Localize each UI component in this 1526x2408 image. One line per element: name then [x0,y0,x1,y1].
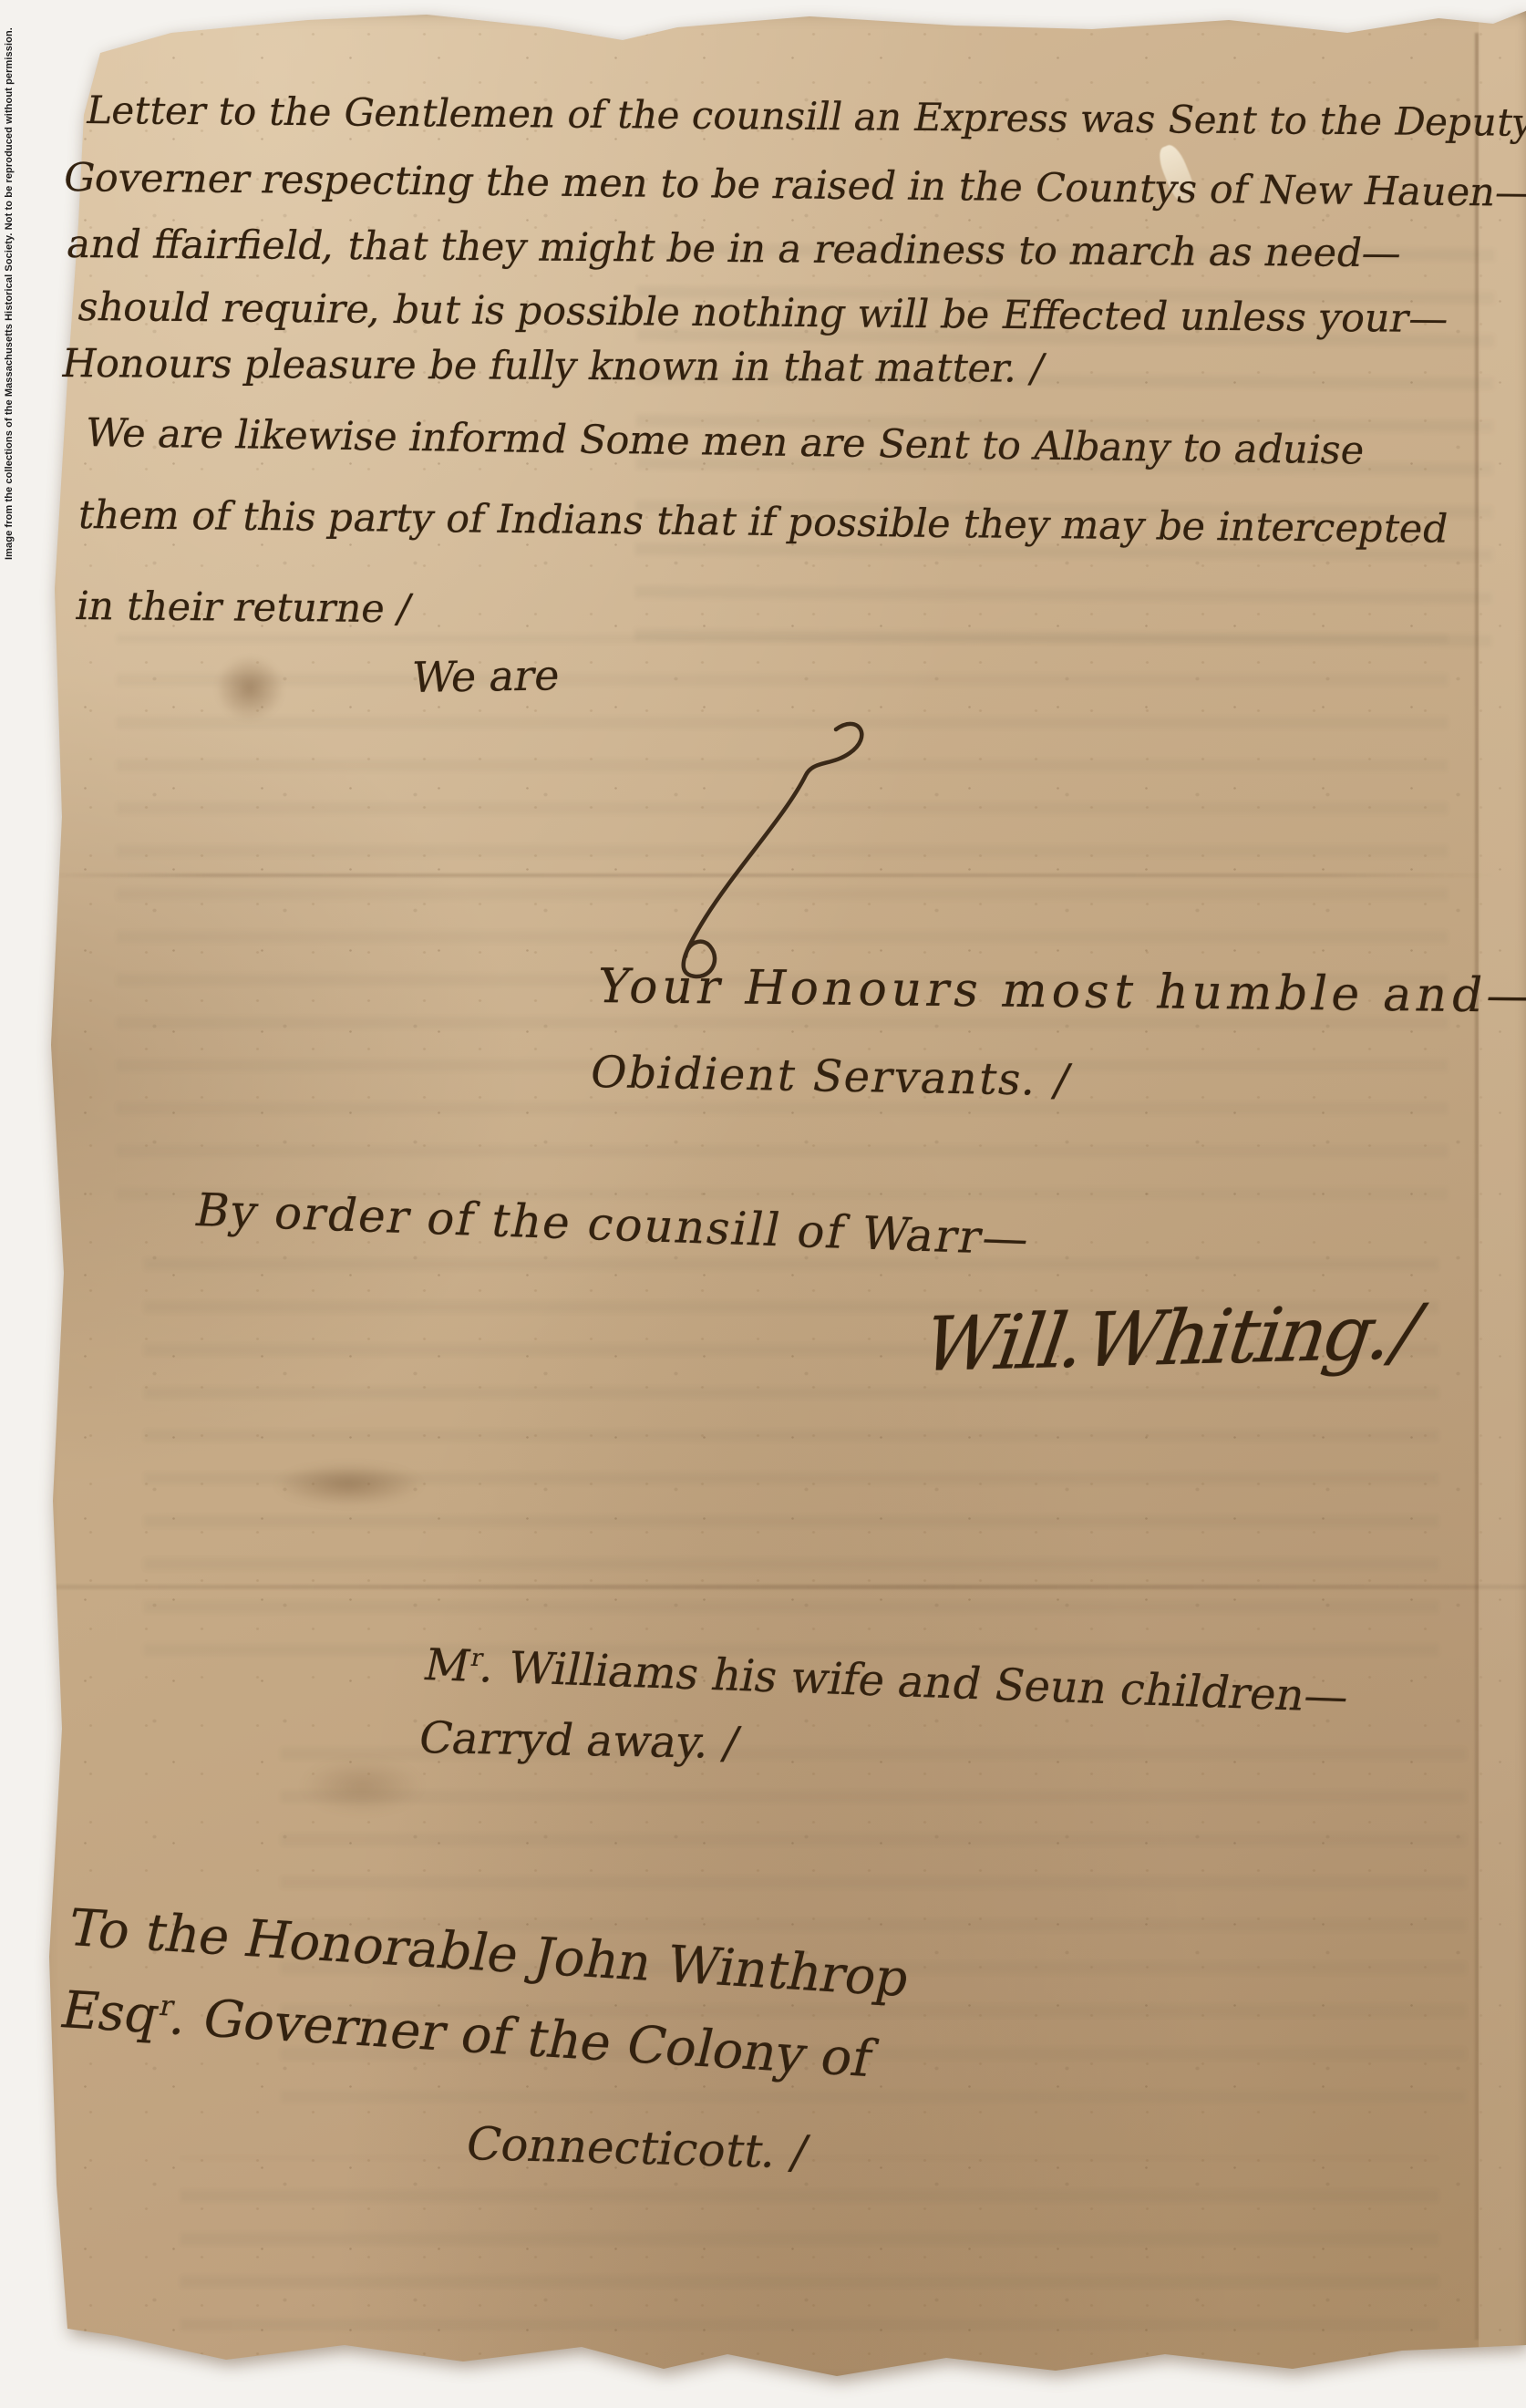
ink-smudge [212,653,287,724]
address-line: Connecticott. / [466,2117,808,2179]
ink-bleedthrough [180,2157,1438,2330]
body-line: in their returne / [77,584,411,632]
note-line: Carryd away. / [419,1712,739,1769]
interjection-we-are: We are [412,650,561,702]
horizontal-fold-crease [35,1585,1526,1589]
signature-will-whiting: Will.Whiting./ [923,1289,1418,1389]
vertical-fold-crease [1475,33,1479,2340]
ink-smudge [273,1462,424,1506]
closing-line: Your Honours most humble and— [598,959,1526,1024]
folded-edge [1479,5,1526,2367]
body-line: and ffairfield, that they might be in a … [67,222,1401,276]
body-line: Honours pleasure be fully known in that … [62,341,1044,392]
manuscript-scan: Image from the collections of the Massac… [0,0,1526,2408]
pen-flourish [649,713,877,987]
ink-smudge [301,1758,424,1814]
closing-line: Obidient Servants. / [591,1047,1072,1106]
ink-bleedthrough [144,1227,1438,1656]
